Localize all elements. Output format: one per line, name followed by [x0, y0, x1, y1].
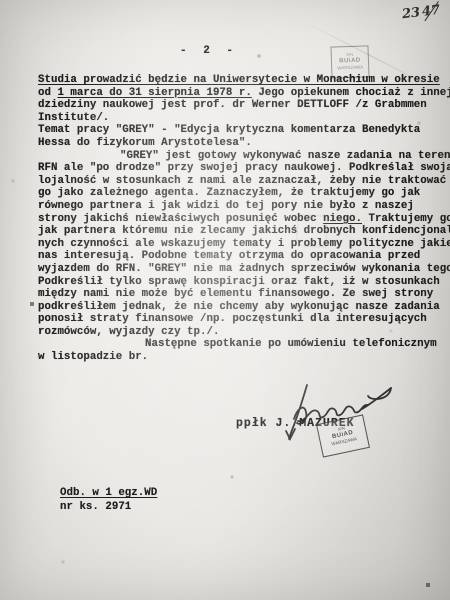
text-line: lojalność w stosunkach z nami ale zaznac… — [38, 175, 450, 188]
handwritten-current-number: 23 — [401, 5, 421, 22]
text-line: nas interesują. Podobne tematy otrzyma d… — [38, 250, 450, 263]
text-line: nych czynności ale wskazujemy tematy i p… — [38, 238, 450, 251]
handwritten-page-number: 2347 — [401, 3, 441, 23]
handwritten-crossed-number: 47 — [421, 3, 441, 20]
text-line: Podkreślił tylko sprawę konspiracji oraz… — [38, 276, 450, 289]
text-line: podkreśliłem jednak, że nie chcemy aby w… — [38, 301, 450, 314]
text-line: strony jakichś niewłaściwych posunięć wo… — [38, 213, 450, 226]
document-page: 2347 - 2 - IPN BUiAD WARSZAWA Studia pro… — [0, 0, 450, 600]
text-line: równego partnera i jak widzi do tej pory… — [38, 200, 450, 213]
stamp-line-3: WARSZAWA — [337, 66, 363, 72]
text-segment: Jego opiekunem chociaż z innej — [252, 87, 450, 99]
text-line: od 1 marca do 31 sierpnia 1978 r. Jego o… — [38, 87, 450, 100]
document-body: Studia prowadzić będzie na Uniwersytecie… — [38, 74, 450, 364]
text-line: Studia prowadzić będzie na Uniwersytecie… — [38, 74, 450, 87]
text-line: między nami nie może być elementu finans… — [38, 288, 450, 301]
text-line: "GREY" jest gotowy wykonywać nasze zadan… — [38, 150, 450, 163]
text-segment: strony jakichś niewłaściwych posunięć wo… — [38, 213, 323, 225]
text-line: Temat pracy "GREY" - "Edycja krytyczna k… — [38, 124, 450, 137]
text-line: rozmówców, wyjazdy czy tp./. — [38, 326, 450, 339]
register-number: nr ks. 2971 — [60, 501, 157, 515]
text-segment: Traktujemy go — [362, 213, 450, 225]
text-line: jak partnera któremu nie zlecamy jakichś… — [38, 225, 450, 238]
text-line: Institute/. — [38, 112, 450, 125]
copies-note: Odb. w 1 egz.WD — [60, 487, 157, 501]
text-line: w listopadzie br. — [38, 351, 450, 364]
text-line: go jako zależnego agenta. Zaznaczyłem, ż… — [38, 187, 450, 200]
text-line: wyjazdem do RFN. "GREY" nie ma żadnych s… — [38, 263, 450, 276]
page-number: - 2 - — [180, 45, 238, 57]
text-line: RFN ale "po drodze" przy swojej pracy na… — [38, 162, 450, 175]
text-segment: od — [38, 87, 57, 99]
stamp-line-1: IPN — [346, 53, 353, 58]
footer-notes: Odb. w 1 egz.WD nr ks. 2971 — [60, 487, 157, 514]
text-segment-underlined: niego. — [323, 213, 362, 225]
scan-noise-specks — [0, 0, 2, 2]
text-line: ponosił straty finansowe /np. poczęstunk… — [38, 313, 450, 326]
text-line: dziedziny naukowej jest prof. dr Werner … — [38, 99, 450, 112]
text-line: Następne spotkanie po umówieniu telefoni… — [38, 338, 450, 351]
text-segment-underlined: 1 marca do 31 sierpnia 1978 r. — [57, 87, 251, 99]
text-line: Hessa do fizykorum Arystotelesa". — [38, 137, 450, 150]
